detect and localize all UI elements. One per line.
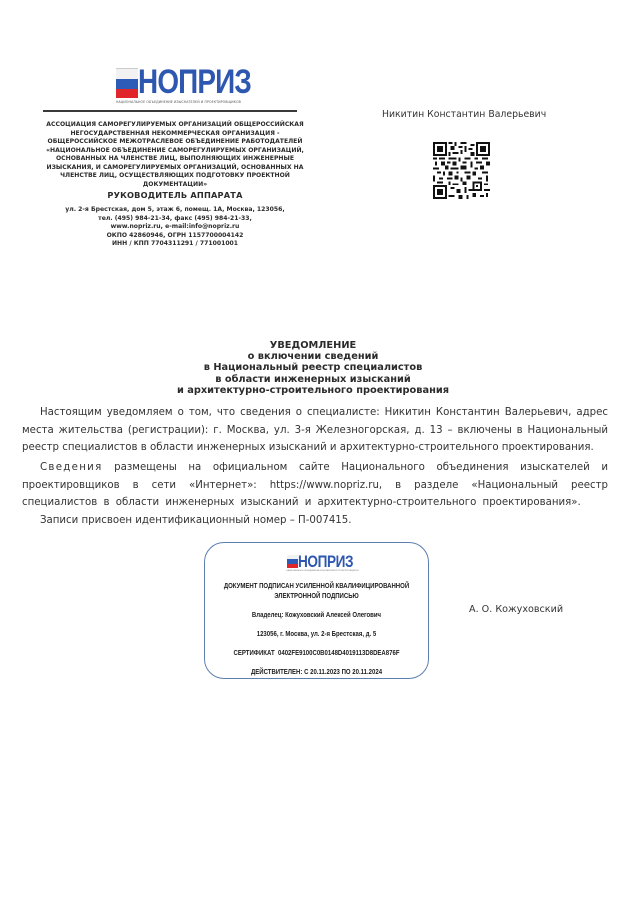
stamp-heading: ДОКУМЕНТ ПОДПИСАН УСИЛЕННОЙ КВАЛИФИЦИРОВ… <box>221 582 413 592</box>
title-line: и архитектурно-строительного проектирова… <box>100 385 526 396</box>
stamp-address: 123056, г. Москва, ул. 2-я Брестская, д.… <box>221 630 413 640</box>
contact-inn-kpp: ИНН / КПП 7704311291 / 771001001 <box>30 240 320 249</box>
stamp-validity: ДЕЙСТВИТЕЛЕН: С 20.11.2023 ПО 20.11.2024 <box>221 668 413 678</box>
stamp-logo-subtitle: НАЦИОНАЛЬНОЕ ОБЪЕДИНЕНИЕ ИЗЫСКАТЕЛЕЙ И П… <box>287 570 359 572</box>
org-line: ЧЛЕНСТВЕ ЛИЦ, ОСУЩЕСТВЛЯЮЩИХ ПОДГОТОВКУ … <box>30 172 320 181</box>
title-line: в области инженерных изысканий <box>100 374 526 385</box>
contact-web-email: www.nopriz.ru, e-mail:info@nopriz.ru <box>30 223 320 232</box>
paragraph-publication-text: размещены на официальном сайте Националь… <box>22 462 608 508</box>
org-line: НЕГОСУДАРСТВЕННАЯ НЕКОММЕРЧЕСКАЯ ОРГАНИЗ… <box>30 130 320 139</box>
title-line: в Национальный реестр специалистов <box>100 362 526 373</box>
org-line: «НАЦИОНАЛЬНОЕ ОБЪЕДИНЕНИЕ САМОРЕГУЛИРУЕМ… <box>30 147 320 156</box>
recipient-name: Никитин Константин Валерьевич <box>382 109 546 120</box>
title-heading: УВЕДОМЛЕНИЕ <box>100 340 526 351</box>
stamp-heading-continued: ЭЛЕКТРОННОЙ ПОДПИСЬЮ <box>221 592 413 602</box>
stamp-logo: НОПРИЗ НАЦИОНАЛЬНОЕ ОБЪЕДИНЕНИЕ ИЗЫСКАТЕ… <box>287 553 347 573</box>
paragraph-specialist-info: Настоящим уведомляем о том, что сведения… <box>22 404 608 457</box>
electronic-signature-stamp: НОПРИЗ НАЦИОНАЛЬНОЕ ОБЪЕДИНЕНИЕ ИЗЫСКАТЕ… <box>204 542 429 679</box>
contact-phone: тел. (495) 984-21-34, факс (495) 984-21-… <box>30 215 320 224</box>
contact-okpo-ogrn: ОКПО 42860946, ОГРН 1157700004142 <box>30 232 320 241</box>
logo-subtitle: НАЦИОНАЛЬНОЕ ОБЪЕДИНЕНИЕ ИЗЫСКАТЕЛЕЙ И П… <box>116 100 241 104</box>
org-line: ДОКУМЕНТАЦИИ» <box>30 181 320 190</box>
org-line: ИЗЫСКАНИЯ, И САМОРЕГУЛИРУЕМЫХ ОРГАНИЗАЦИ… <box>30 164 320 173</box>
header-divider <box>43 110 297 112</box>
notification-title: УВЕДОМЛЕНИЕ о включении сведений в Нацио… <box>100 340 526 396</box>
paragraph-publication: Сведения размещены на официальном сайте … <box>22 459 608 512</box>
title-line: о включении сведений <box>100 351 526 362</box>
organization-name: АССОЦИАЦИЯ САМОРЕГУЛИРУЕМЫХ ОРГАНИЗАЦИЙ … <box>30 121 320 189</box>
russian-flag-icon <box>287 555 298 568</box>
stamp-logo-text: НОПРИЗ <box>298 553 353 570</box>
stamp-owner: Владелец: Кожуховский Алексей Олегович <box>221 611 413 621</box>
role-title: РУКОВОДИТЕЛЬ АППАРАТА <box>30 190 320 200</box>
russian-flag-icon <box>116 68 138 98</box>
paragraph-lead-word: Сведения <box>40 462 103 473</box>
signer-name: А. О. Кожуховский <box>469 604 563 615</box>
org-line: АССОЦИАЦИЯ САМОРЕГУЛИРУЕМЫХ ОРГАНИЗАЦИЙ … <box>30 121 320 130</box>
paragraph-identification-number: Записи присвоен идентификационный номер … <box>22 512 608 530</box>
contact-address: ул. 2-я Брестская, дом 5, этаж 6, помещ.… <box>30 206 320 215</box>
nopriz-logo: НОПРИЗ НАЦИОНАЛЬНОЕ ОБЪЕДИНЕНИЕ ИЗЫСКАТЕ… <box>116 64 228 108</box>
org-line: ОБЩЕРОССИЙСКОЕ МЕЖОТРАСЛЕВОЕ ОБЪЕДИНЕНИЕ… <box>30 138 320 147</box>
qr-code-icon <box>433 142 490 199</box>
logo-text: НОПРИЗ <box>138 63 251 101</box>
stamp-certificate: СЕРТИФИКАТ 0402FE9100C0B0148D4019113D8DE… <box>221 649 413 659</box>
org-line: ОСНОВАННЫХ НА ЧЛЕНСТВЕ ЛИЦ, ВЫПОЛНЯЮЩИХ … <box>30 155 320 164</box>
contact-details: ул. 2-я Брестская, дом 5, этаж 6, помещ.… <box>30 206 320 249</box>
